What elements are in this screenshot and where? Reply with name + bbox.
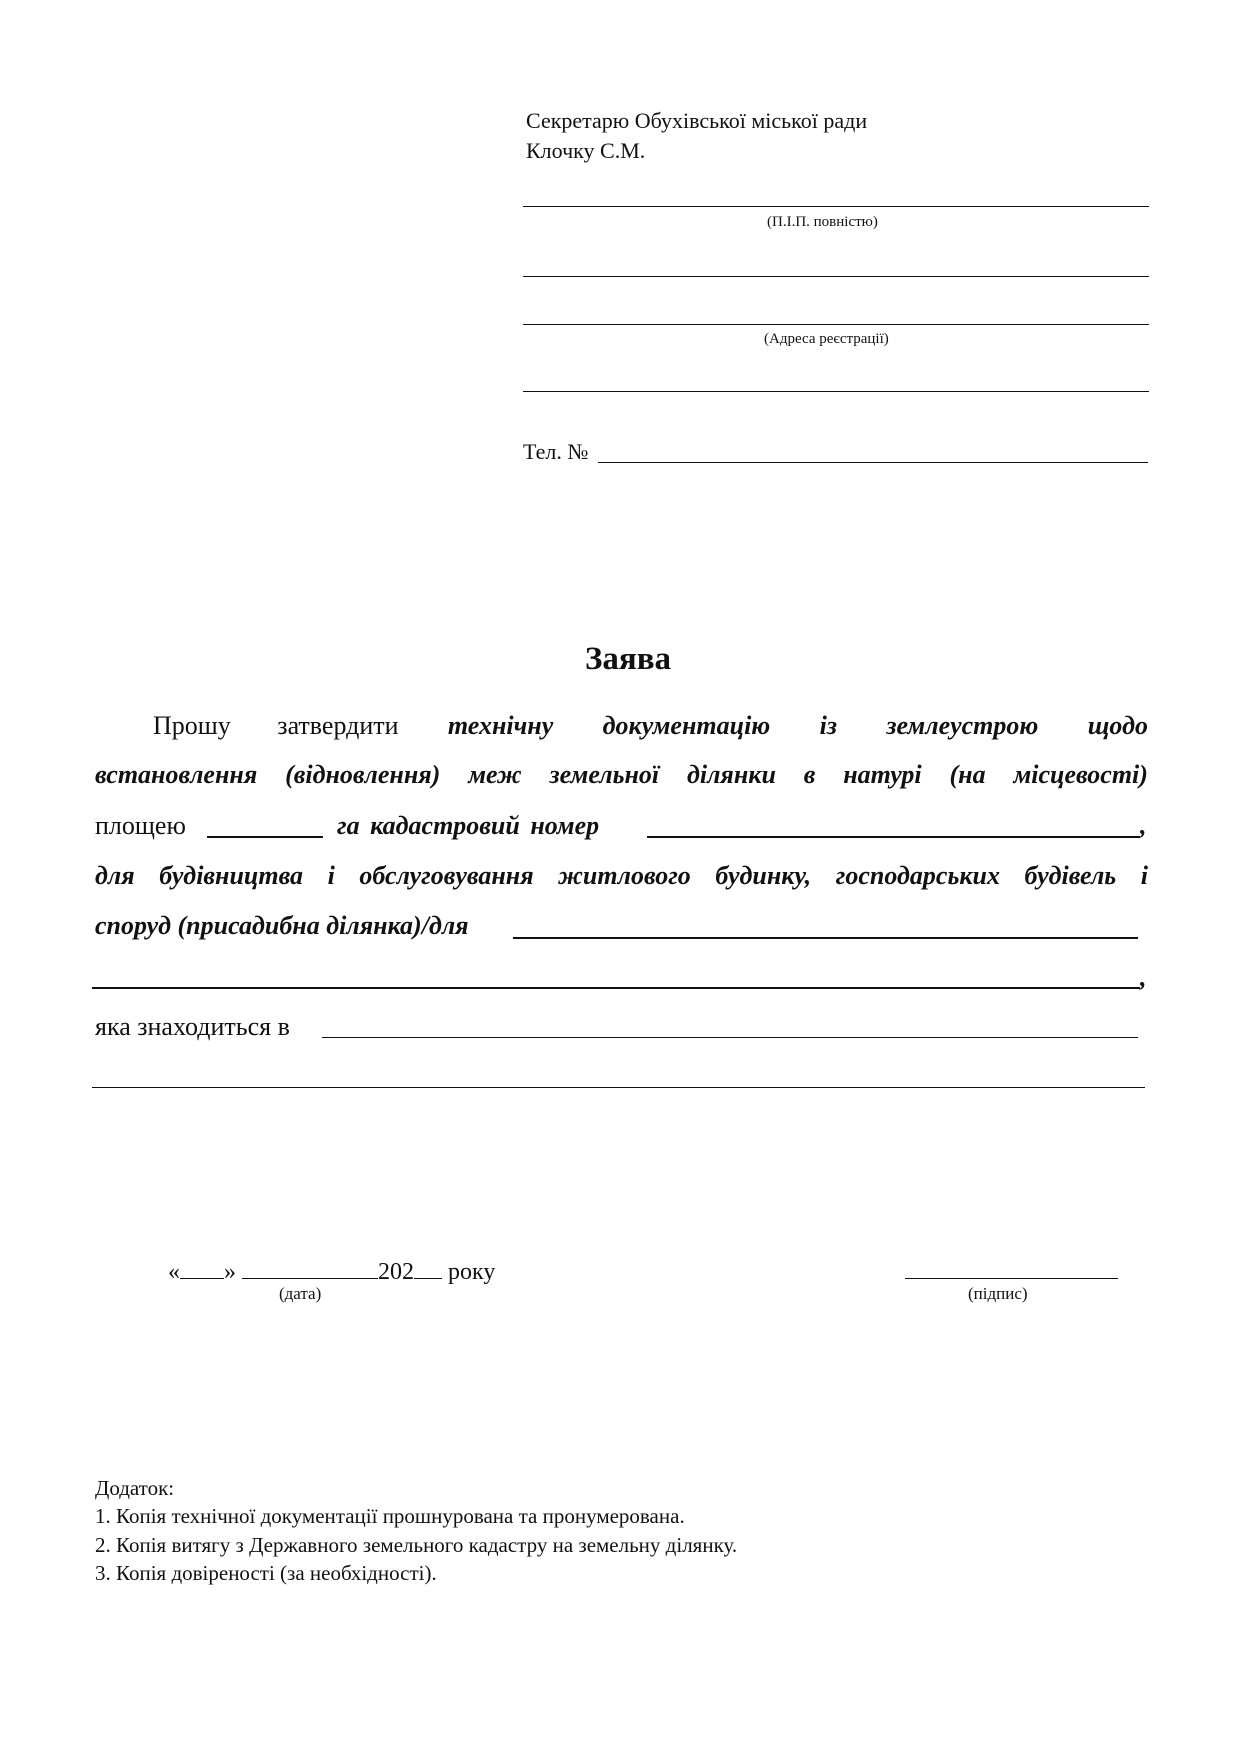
address-caption: (Адреса реєстрації) [764, 332, 889, 347]
body-line1-word: щодо [1088, 713, 1148, 739]
address-field-line-2[interactable] [523, 324, 1149, 325]
body-word: земельної [550, 762, 660, 788]
appendix-item: 1. Копія технічної документації прошнуро… [95, 1506, 685, 1527]
body-line1-word: документацію [603, 713, 771, 739]
close-quote: » [224, 1259, 236, 1285]
body-word: будівництва [159, 863, 303, 889]
body-word: ділянки [687, 762, 776, 788]
body-word: обслуговування [359, 863, 533, 889]
body-word: і [328, 863, 335, 889]
body-line1-word: землеустрою [886, 713, 1038, 739]
signature-caption: (підпис) [968, 1286, 1028, 1301]
body-line-1: Прошу затвердити технічну документацію і… [153, 713, 1148, 739]
signature-field[interactable] [905, 1278, 1118, 1279]
phone-field[interactable] [598, 462, 1148, 463]
full-name-field[interactable] [523, 206, 1149, 207]
appendix-item: 3. Копія довіреності (за необхідності). [95, 1563, 437, 1584]
body-word: для [95, 863, 135, 889]
body-line-4: для будівництва і обслуговування житлово… [95, 863, 1148, 889]
address-field-line-1[interactable] [523, 276, 1149, 277]
comma: , [1140, 965, 1147, 991]
body-line1-word: технічну [448, 713, 553, 739]
body-line1-text: Прошу затвердити [153, 713, 399, 739]
year-suffix: року [448, 1259, 495, 1285]
body-line1-word: із [820, 713, 837, 739]
phone-label: Тел. № [523, 441, 588, 463]
year-field[interactable] [414, 1256, 442, 1279]
recipient-line-1: Секретарю Обухівської міської ради [526, 110, 867, 132]
address-field-line-3[interactable] [523, 391, 1149, 392]
body-word: в [804, 762, 816, 788]
body-word: (на [950, 762, 986, 788]
year-prefix: 202 [378, 1259, 414, 1285]
location-label: яка знаходиться в [95, 1014, 290, 1040]
body-word: встановлення [95, 762, 257, 788]
body-word: і [1141, 863, 1148, 889]
full-name-caption: (П.І.П. повністю) [767, 215, 878, 230]
recipient-line-2: Клочку С.М. [526, 140, 645, 162]
date-caption: (дата) [279, 1286, 321, 1301]
area-label: площею [95, 813, 186, 839]
body-word: (відновлення) [285, 762, 440, 788]
day-field[interactable] [180, 1256, 224, 1279]
page-title: Заява [0, 643, 1240, 676]
date-line: «» 202 року [168, 1256, 495, 1284]
body-word: будівель [1025, 863, 1117, 889]
location-field-continued[interactable] [92, 1087, 1145, 1088]
body-word: місцевості) [1013, 762, 1148, 788]
body-line-2: встановлення (відновлення) меж земельної… [95, 762, 1148, 788]
comma: , [1140, 813, 1147, 839]
purpose-field-continued[interactable] [92, 987, 1140, 989]
purpose-field[interactable] [513, 937, 1138, 939]
appendix-item: 2. Копія витягу з Державного земельного … [95, 1535, 737, 1556]
open-quote: « [168, 1259, 180, 1285]
body-word: господарських [836, 863, 1000, 889]
appendix-heading: Додаток: [95, 1478, 174, 1499]
body-word: будинку, [715, 863, 811, 889]
body-word: житлового [558, 863, 691, 889]
location-field[interactable] [322, 1037, 1138, 1038]
purpose-label: споруд (присадибна ділянка)/для [95, 913, 469, 939]
cadastral-label: га кадастровий номер [337, 813, 599, 839]
cadastral-number-field[interactable] [647, 836, 1140, 838]
body-word: натурі [843, 762, 921, 788]
body-word: меж [468, 762, 521, 788]
area-field[interactable] [207, 836, 323, 838]
month-field[interactable] [242, 1256, 378, 1279]
